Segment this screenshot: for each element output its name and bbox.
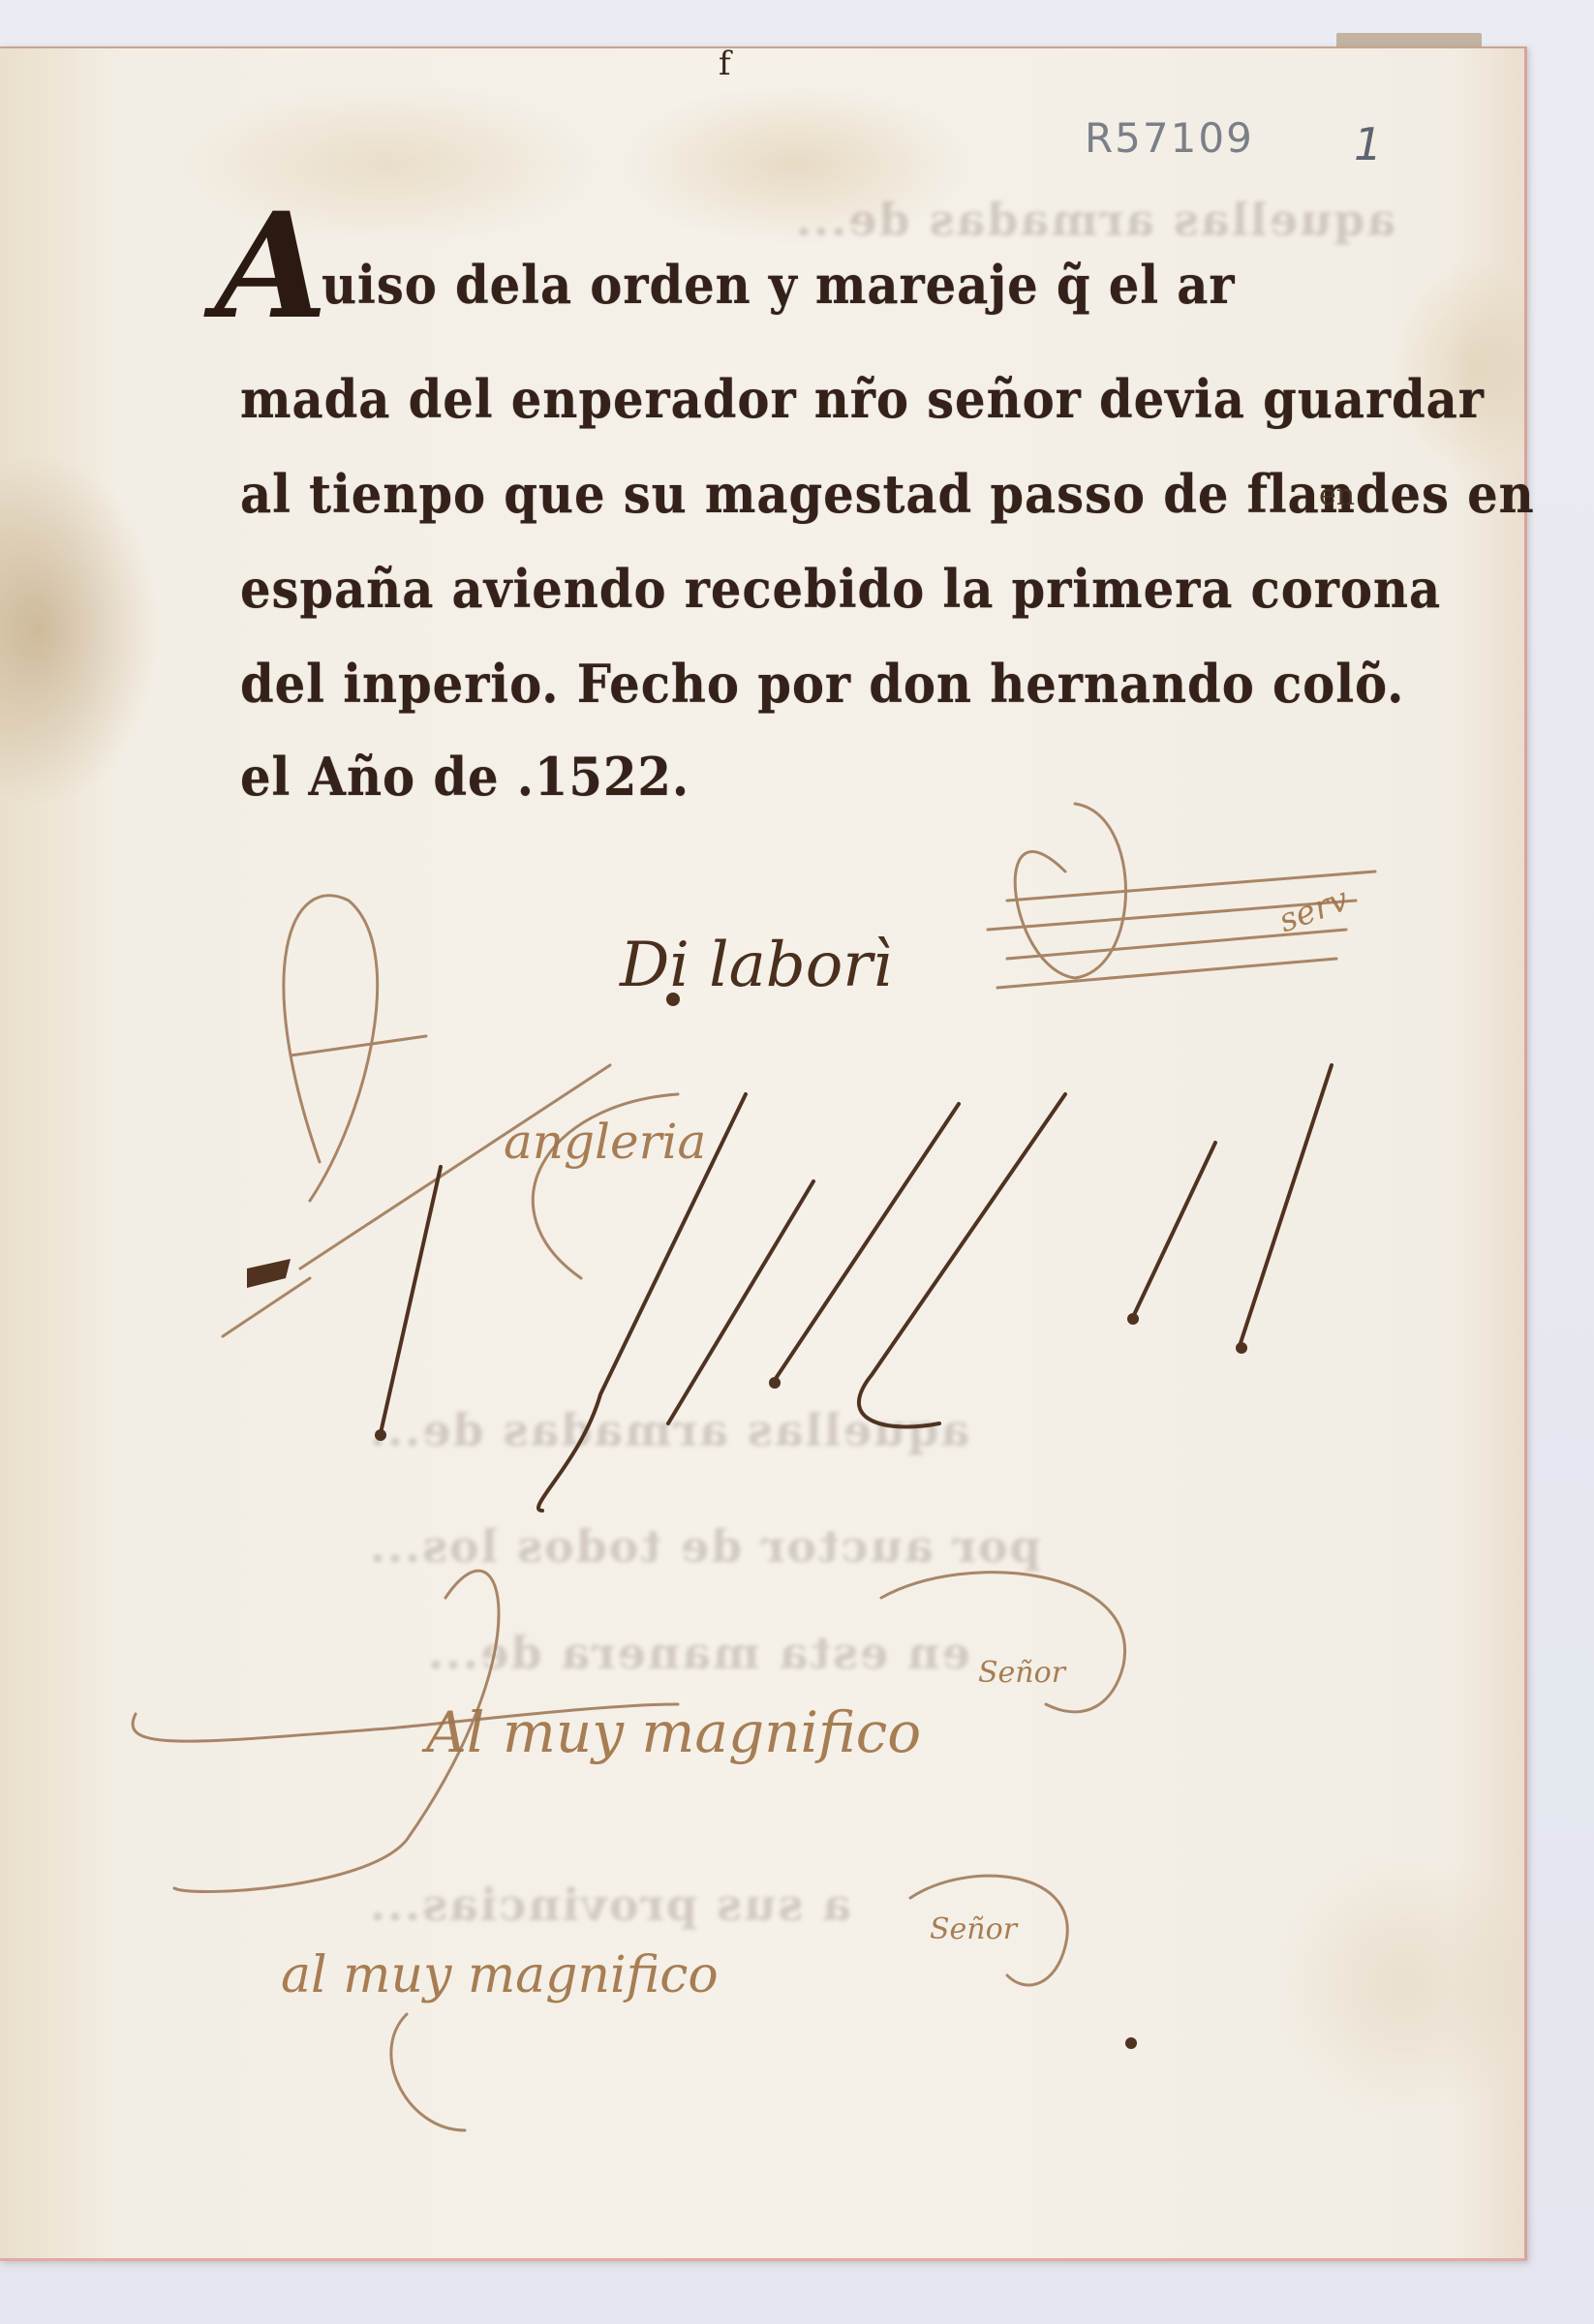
title-line-2: mada del enperador nr̃o señor devia guar…: [240, 368, 1485, 430]
bleed-through-line: en esta manera de...: [426, 1627, 970, 1679]
folio-mark-top: f: [719, 45, 731, 83]
signature-primary: Di laborì: [620, 930, 892, 1001]
bleed-through-line: aquellas armadas de...: [368, 1404, 969, 1456]
signature-secondary: angleria: [504, 1114, 706, 1170]
title-line-5: del inperio. Fecho por don hernando colõ…: [240, 653, 1404, 715]
salutation-2-superscript: Señor: [930, 1912, 1017, 1946]
bleed-through-line: por auctor de todos los...: [368, 1520, 1041, 1573]
salutation-1: Al muy magnifico: [426, 1699, 921, 1765]
salutation-2: al muy magnifico: [281, 1946, 719, 2004]
title-line-1: uiso dela orden y mareaje q̃ el ar: [322, 254, 1235, 316]
salutation-1-superscript: Señor: [978, 1656, 1065, 1690]
shelfmark-pencil: R57109: [1085, 114, 1254, 162]
title-line-6: el Año de .1522.: [240, 746, 690, 808]
margin-correction: en: [1319, 478, 1355, 512]
decorated-initial: A: [215, 194, 327, 339]
folio-number-pencil: 1: [1354, 118, 1382, 170]
bleed-through-line: a sus provincias...: [368, 1879, 851, 1931]
title-line-4: españa aviendo recebido la primera coron…: [240, 558, 1441, 620]
bleed-through-line: aquellas armadas de...: [794, 194, 1395, 246]
